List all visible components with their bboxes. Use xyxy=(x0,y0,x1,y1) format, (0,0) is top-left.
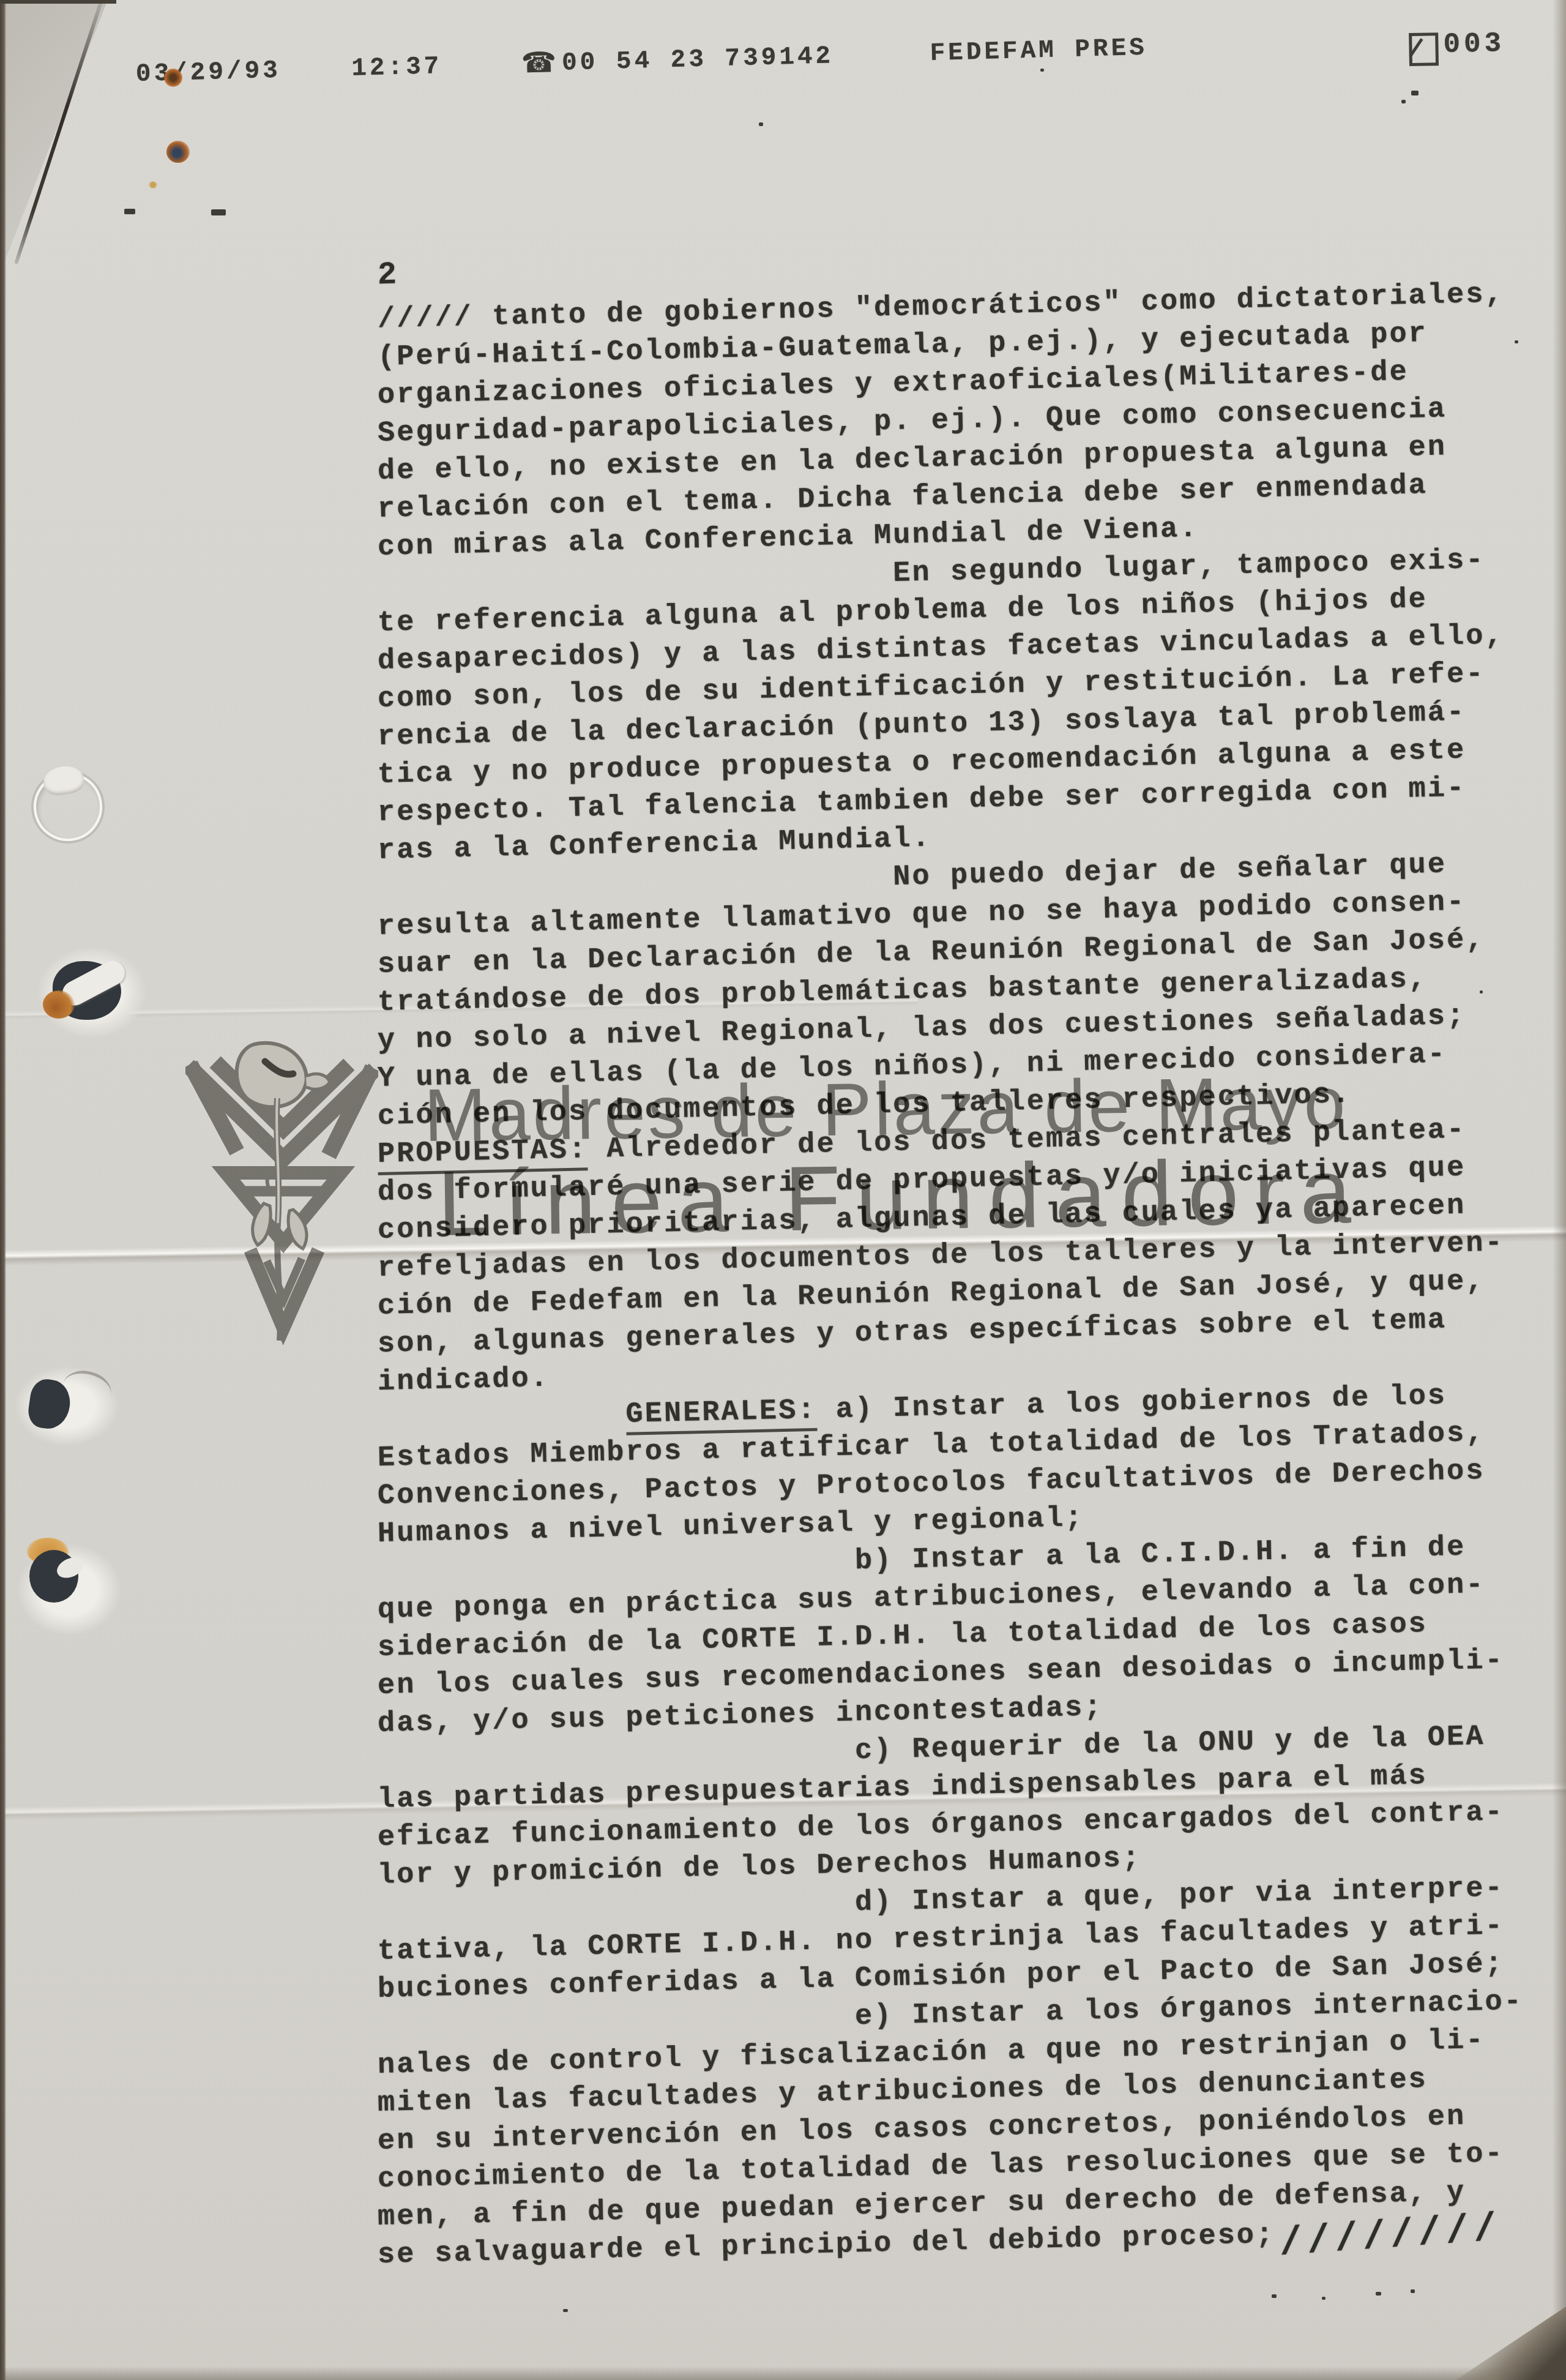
ink-speck xyxy=(1272,2294,1277,2298)
ink-speck xyxy=(1480,990,1483,994)
scan-edge xyxy=(0,0,116,4)
watermark-line: Línea Fundadora xyxy=(437,1138,1367,1257)
telephone-icon: ☎ xyxy=(521,45,560,80)
punch-hole xyxy=(39,950,143,1036)
ink-speck xyxy=(1401,100,1406,103)
ink-speck xyxy=(124,209,135,214)
line-segment xyxy=(377,1399,626,1437)
ink-speck xyxy=(1322,2297,1326,2300)
typewritten-body: ///// tanto de gobiernos "democráticos" … xyxy=(378,301,1523,2275)
rust-stain xyxy=(43,990,75,1019)
fax-sender-id: FEDEFAM PRES xyxy=(930,34,1147,68)
fax-phone: ☎00 54 23 739142 xyxy=(521,42,833,78)
fax-page-count: 003 xyxy=(1443,28,1505,61)
scan-edge xyxy=(1553,0,1566,2380)
underlined-heading: GENERALES: xyxy=(625,1394,817,1435)
fax-document-page: 03/29/93 12:37 ☎00 54 23 739142 FEDEFAM … xyxy=(0,0,1566,2380)
page-number: 2 xyxy=(377,257,397,294)
scan-edge xyxy=(0,0,6,2380)
fax-date: 03/29/93 xyxy=(135,57,281,89)
rust-stain xyxy=(149,181,157,189)
ink-speck xyxy=(1515,340,1518,343)
ink-speck xyxy=(1411,91,1419,95)
ink-speck xyxy=(211,209,226,215)
fax-page-icon xyxy=(1409,32,1439,66)
fax-phone-number: 00 54 23 739142 xyxy=(562,42,834,78)
ink-speck xyxy=(1411,2289,1415,2293)
ink-speck xyxy=(1376,2292,1381,2296)
rust-stain xyxy=(166,141,190,163)
ink-speck xyxy=(1040,69,1044,72)
fax-time: 12:37 xyxy=(351,53,442,83)
scan-corner xyxy=(1456,2307,1566,2380)
ink-speck xyxy=(563,2309,568,2312)
scan-edge xyxy=(0,2367,1566,2380)
punch-hole xyxy=(34,773,107,846)
madres-emblem-watermark-icon xyxy=(185,1039,378,1349)
ink-speck xyxy=(759,122,763,126)
punch-hole xyxy=(11,1366,115,1446)
scan-corner-shade xyxy=(0,0,108,273)
fax-transmission-header: 03/29/93 12:37 ☎00 54 23 739142 FEDEFAM … xyxy=(135,30,1147,89)
rust-stain xyxy=(164,69,182,87)
punch-hole xyxy=(21,1538,119,1630)
